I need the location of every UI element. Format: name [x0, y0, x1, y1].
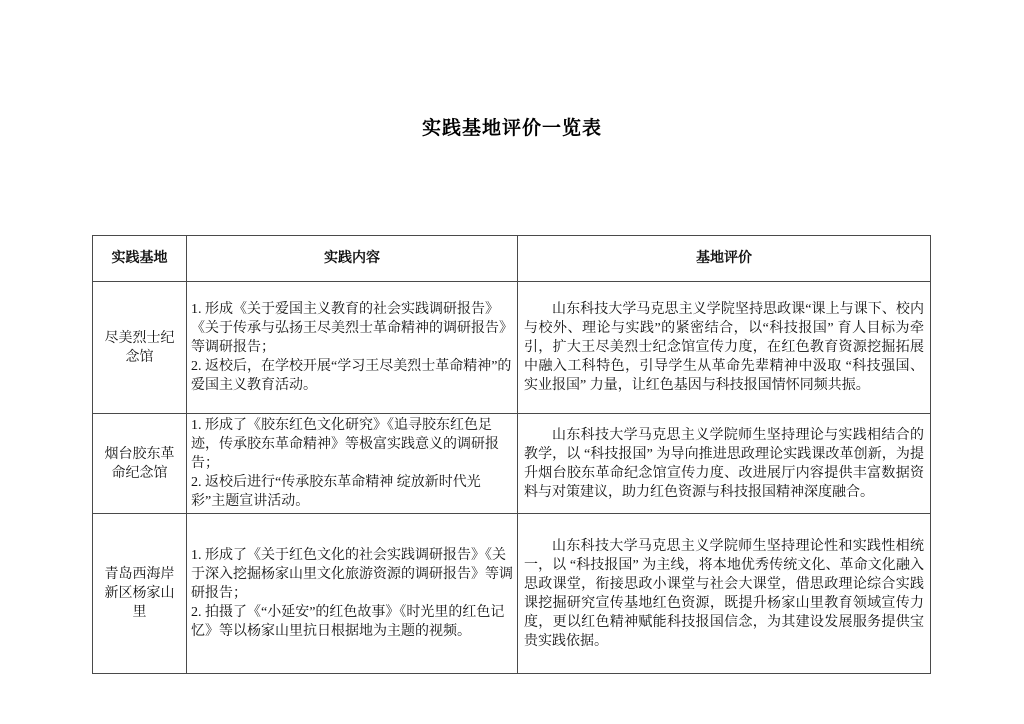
content-item: 1. 形成了《胶东红色文化研究》《追寻胶东红色足迹，传承胶东革命精神》等极富实践…	[191, 416, 513, 473]
page-title: 实践基地评价一览表	[0, 113, 1024, 140]
practice-content-cell: 1. 形成《关于爱国主义教育的社会实践调研报告》《关于传承与弘扬王尽美烈士革命精…	[187, 282, 518, 414]
base-name-cell: 青岛西海岸新区杨家山里	[93, 514, 187, 674]
evaluation-cell: 山东科技大学马克思主义学院师生坚持理论性和实践性相统一，以 “科技报国” 为主线…	[518, 514, 931, 674]
practice-content-cell: 1. 形成了《关于红色文化的社会实践调研报告》《关于深入挖掘杨家山里文化旅游资源…	[187, 514, 518, 674]
table-header-row: 实践基地 实践内容 基地评价	[93, 236, 931, 282]
header-practice-base: 实践基地	[93, 236, 187, 282]
content-item: 2. 返校后进行“传承胶东革命精神 绽放新时代光彩”主题宣讲活动。	[191, 473, 513, 511]
header-practice-content: 实践内容	[187, 236, 518, 282]
content-item: 2. 返校后，在学校开展“学习王尽美烈士革命精神”的爱国主义教育活动。	[191, 357, 513, 395]
content-item: 1. 形成了《关于红色文化的社会实践调研报告》《关于深入挖掘杨家山里文化旅游资源…	[191, 546, 513, 603]
table-row: 青岛西海岸新区杨家山里 1. 形成了《关于红色文化的社会实践调研报告》《关于深入…	[93, 514, 931, 674]
evaluation-cell: 山东科技大学马克思主义学院坚持思政课“课上与课下、校内与校外、理论与实践”的紧密…	[518, 282, 931, 414]
base-name-cell: 尽美烈士纪念馆	[93, 282, 187, 414]
base-name-cell: 烟台胶东革命纪念馆	[93, 414, 187, 514]
practice-content-cell: 1. 形成了《胶东红色文化研究》《追寻胶东红色足迹，传承胶东革命精神》等极富实践…	[187, 414, 518, 514]
evaluation-text: 山东科技大学马克思主义学院师生坚持理论性和实践性相统一，以 “科技报国” 为主线…	[524, 537, 924, 651]
content-item: 2. 拍摄了《“小延安”的红色故事》《时光里的红色记忆》等以杨家山里抗日根据地为…	[191, 603, 513, 641]
evaluation-table: 实践基地 实践内容 基地评价 尽美烈士纪念馆 1. 形成《关于爱国主义教育的社会…	[92, 235, 931, 674]
evaluation-cell: 山东科技大学马克思主义学院师生坚持理论与实践相结合的教学，以 “科技报国” 为导…	[518, 414, 931, 514]
table-row: 烟台胶东革命纪念馆 1. 形成了《胶东红色文化研究》《追寻胶东红色足迹，传承胶东…	[93, 414, 931, 514]
table-row: 尽美烈士纪念馆 1. 形成《关于爱国主义教育的社会实践调研报告》《关于传承与弘扬…	[93, 282, 931, 414]
content-item: 1. 形成《关于爱国主义教育的社会实践调研报告》《关于传承与弘扬王尽美烈士革命精…	[191, 300, 513, 357]
header-base-evaluation: 基地评价	[518, 236, 931, 282]
evaluation-text: 山东科技大学马克思主义学院坚持思政课“课上与课下、校内与校外、理论与实践”的紧密…	[524, 300, 924, 395]
evaluation-text: 山东科技大学马克思主义学院师生坚持理论与实践相结合的教学，以 “科技报国” 为导…	[524, 426, 924, 502]
document-page: 实践基地评价一览表 实践基地 实践内容 基地评价 尽美烈士纪念馆 1. 形成《关…	[0, 0, 1024, 724]
